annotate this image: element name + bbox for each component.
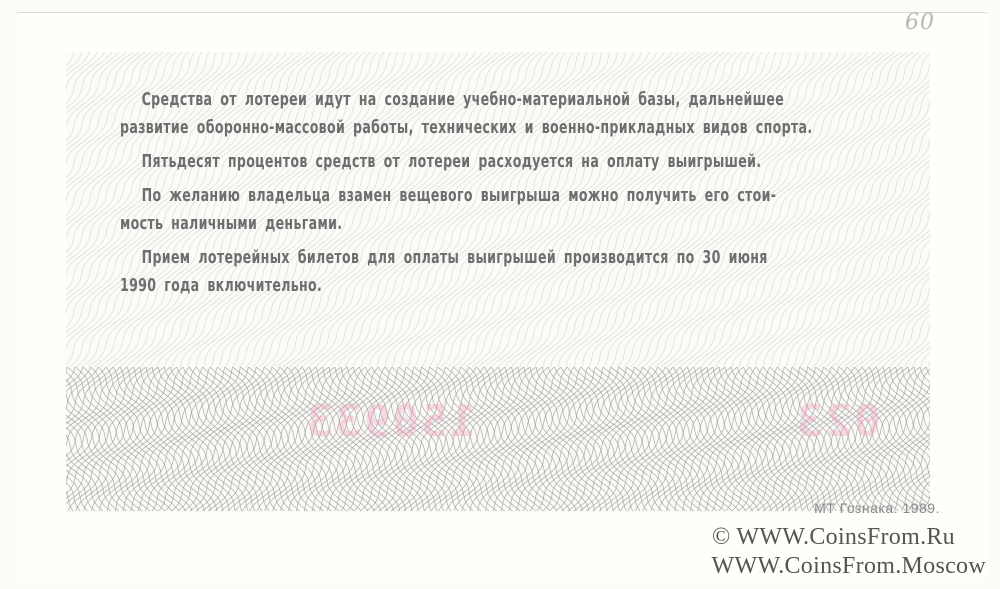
text-line: 1990 года включительно. [120, 272, 920, 300]
watermark-line-1: © WWW.CoinsFrom.Ru [712, 524, 955, 551]
watermark-line-2: WWW.CoinsFrom.Moscow [712, 553, 986, 580]
text-line: развитие оборонно-массовой работы, техни… [120, 114, 920, 142]
paragraph-purpose: Средства от лотереи идут на создание уче… [120, 86, 920, 142]
paragraph-cash: По желанию владельца взамен вещевого выи… [120, 182, 920, 238]
bleed-through-serial-right: 023 [795, 396, 880, 447]
text-line: Прием лотерейных билетов для оплаты выиг… [120, 244, 920, 272]
paragraph-deadline: Прием лотерейных билетов для оплаты выиг… [120, 244, 920, 300]
printer-mark: МТ Гознака. 1989. [814, 500, 940, 516]
text-line: По желанию владельца взамен вещевого выи… [120, 182, 920, 210]
bleed-through-serial-left: 150933 [305, 396, 476, 447]
text-line: Средства от лотереи идут на создание уче… [120, 86, 920, 114]
text-line: Пятьдесят процентов средств от лотереи р… [120, 148, 920, 176]
text-line: мость наличными деньгами. [120, 210, 920, 238]
handwritten-note: 60 [905, 10, 935, 35]
ticket-text: Средства от лотереи идут на создание уче… [120, 86, 920, 300]
paragraph-percent: Пятьдесят процентов средств от лотереи р… [120, 148, 920, 176]
